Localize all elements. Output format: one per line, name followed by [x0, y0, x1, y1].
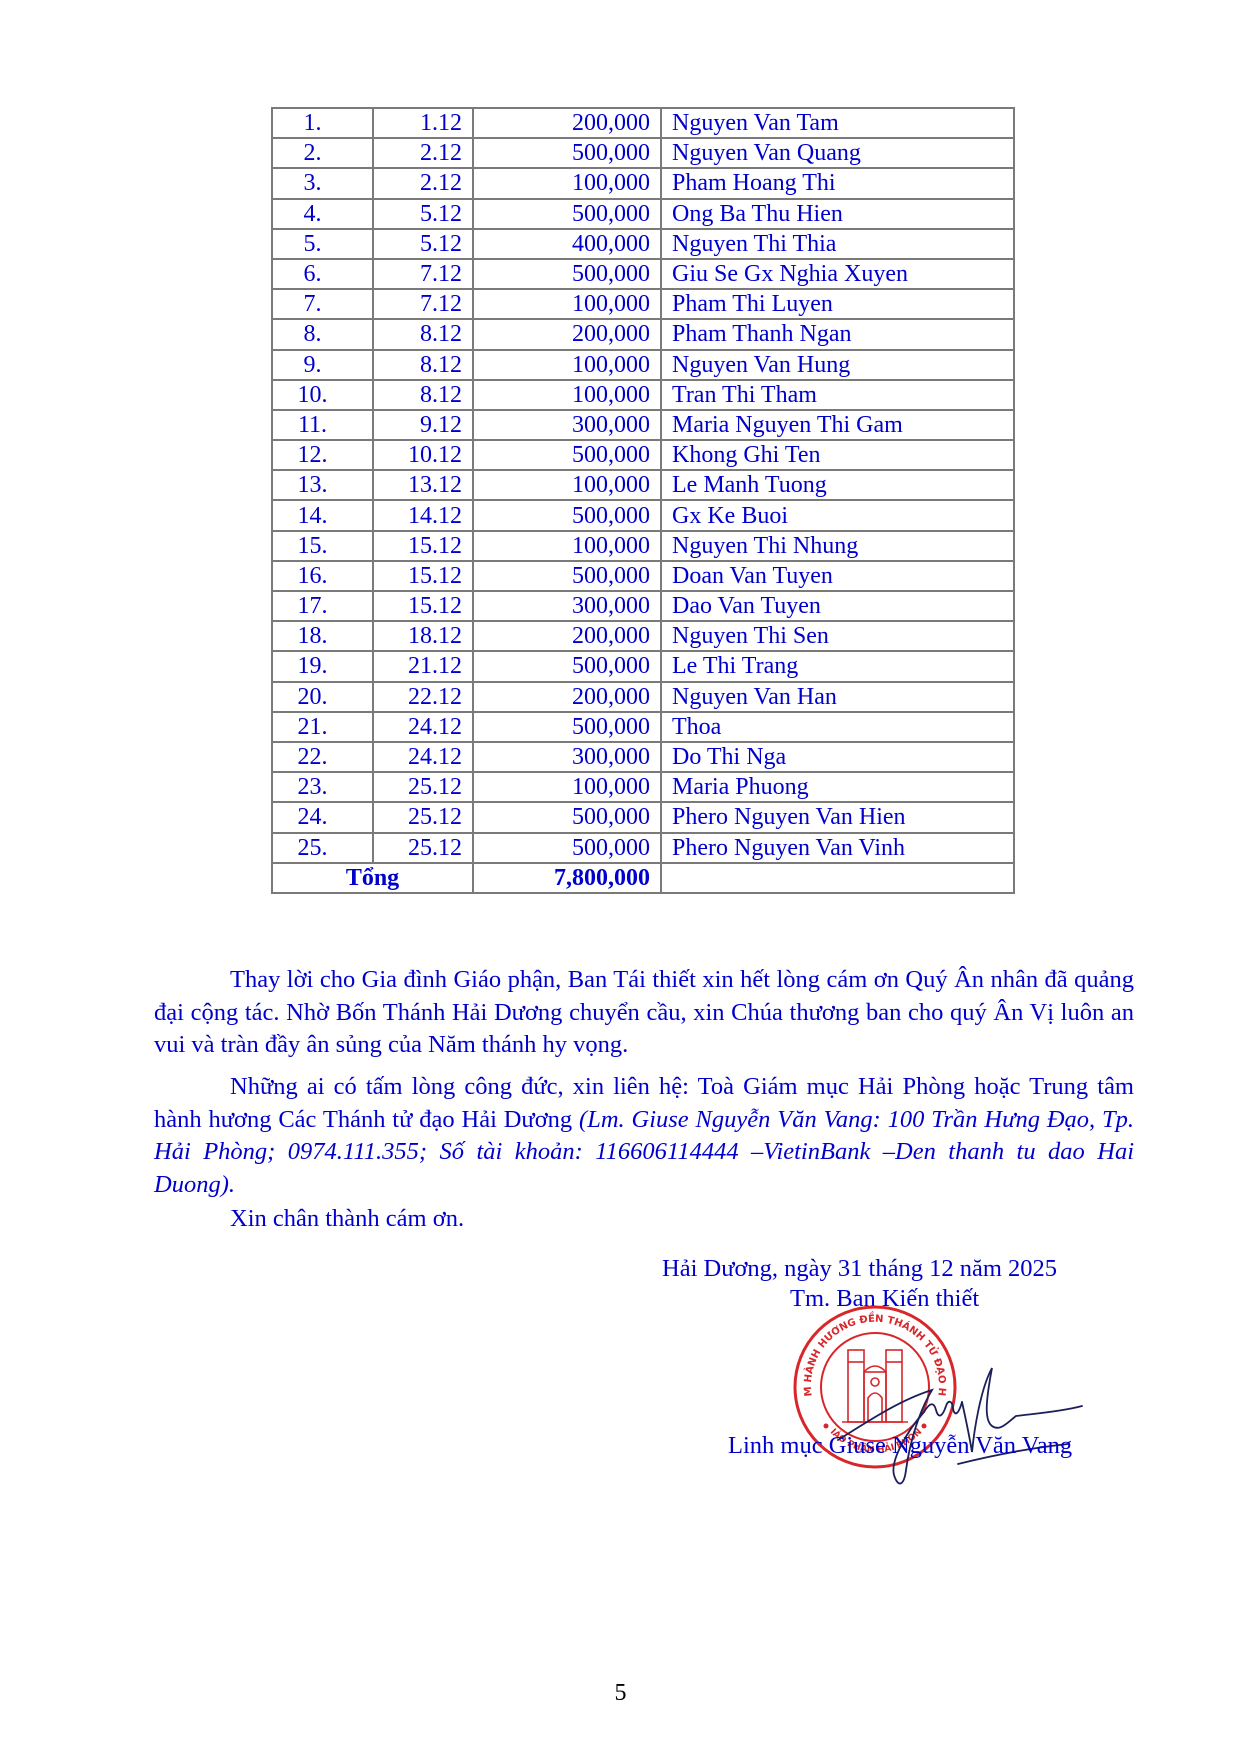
row-date: 2.12: [373, 168, 473, 198]
row-amount: 500,000: [473, 651, 661, 681]
row-donor-name: Giu Se Gx Nghia Xuyen: [661, 259, 1014, 289]
row-amount: 200,000: [473, 682, 661, 712]
table-row: 11.9.12300,000Maria Nguyen Thi Gam: [272, 410, 1014, 440]
row-date: 8.12: [373, 380, 473, 410]
table-row: 10.8.12100,000Tran Thi Tham: [272, 380, 1014, 410]
total-amount: 7,800,000: [473, 863, 661, 893]
row-number: 9.: [272, 350, 373, 380]
row-donor-name: Do Thi Nga: [661, 742, 1014, 772]
row-number: 11.: [272, 410, 373, 440]
row-number: 16.: [272, 561, 373, 591]
row-number: 8.: [272, 319, 373, 349]
table-row: 20.22.12200,000Nguyen Van Han: [272, 682, 1014, 712]
row-amount: 200,000: [473, 621, 661, 651]
row-amount: 500,000: [473, 500, 661, 530]
row-amount: 100,000: [473, 168, 661, 198]
row-donor-name: Pham Thanh Ngan: [661, 319, 1014, 349]
row-amount: 500,000: [473, 802, 661, 832]
row-donor-name: Phero Nguyen Van Vinh: [661, 833, 1014, 863]
table-row: 3.2.12100,000Pham Hoang Thi: [272, 168, 1014, 198]
row-date: 8.12: [373, 350, 473, 380]
document-page: 1.1.12200,000Nguyen Van Tam2.2.12500,000…: [0, 0, 1241, 1755]
table-row: 1.1.12200,000Nguyen Van Tam: [272, 108, 1014, 138]
row-number: 15.: [272, 531, 373, 561]
row-date: 5.12: [373, 199, 473, 229]
row-amount: 300,000: [473, 410, 661, 440]
row-date: 7.12: [373, 259, 473, 289]
row-donor-name: Tran Thi Tham: [661, 380, 1014, 410]
table-row: 6.7.12500,000Giu Se Gx Nghia Xuyen: [272, 259, 1014, 289]
row-donor-name: Le Manh Tuong: [661, 470, 1014, 500]
row-amount: 500,000: [473, 561, 661, 591]
row-number: 10.: [272, 380, 373, 410]
row-amount: 100,000: [473, 470, 661, 500]
row-amount: 500,000: [473, 138, 661, 168]
row-date: 13.12: [373, 470, 473, 500]
row-donor-name: Pham Hoang Thi: [661, 168, 1014, 198]
table-row: 25.25.12500,000Phero Nguyen Van Vinh: [272, 833, 1014, 863]
table-row: 23.25.12100,000Maria Phuong: [272, 772, 1014, 802]
row-amount: 400,000: [473, 229, 661, 259]
table-row: 18.18.12200,000Nguyen Thi Sen: [272, 621, 1014, 651]
row-donor-name: Pham Thi Luyen: [661, 289, 1014, 319]
row-amount: 200,000: [473, 319, 661, 349]
row-number: 24.: [272, 802, 373, 832]
table-row: 14.14.12500,000Gx Ke Buoi: [272, 500, 1014, 530]
total-row: Tổng 7,800,000: [272, 863, 1014, 893]
row-donor-name: Nguyen Van Tam: [661, 108, 1014, 138]
row-number: 2.: [272, 138, 373, 168]
row-donor-name: Nguyen Van Quang: [661, 138, 1014, 168]
row-date: 25.12: [373, 802, 473, 832]
row-date: 1.12: [373, 108, 473, 138]
row-number: 5.: [272, 229, 373, 259]
row-donor-name: Gx Ke Buoi: [661, 500, 1014, 530]
thanks-paragraph: Thay lời cho Gia đình Giáo phận, Ban Tái…: [154, 964, 1134, 1062]
row-date: 25.12: [373, 833, 473, 863]
row-amount: 200,000: [473, 108, 661, 138]
row-number: 21.: [272, 712, 373, 742]
row-amount: 300,000: [473, 591, 661, 621]
row-amount: 100,000: [473, 531, 661, 561]
row-number: 20.: [272, 682, 373, 712]
row-donor-name: Phero Nguyen Van Hien: [661, 802, 1014, 832]
row-donor-name: Thoa: [661, 712, 1014, 742]
row-donor-name: Nguyen Thi Thia: [661, 229, 1014, 259]
total-empty-cell: [661, 863, 1014, 893]
row-date: 15.12: [373, 561, 473, 591]
row-donor-name: Doan Van Tuyen: [661, 561, 1014, 591]
row-number: 22.: [272, 742, 373, 772]
row-number: 7.: [272, 289, 373, 319]
donation-table-body: 1.1.12200,000Nguyen Van Tam2.2.12500,000…: [272, 108, 1014, 863]
table-row: 5.5.12400,000Nguyen Thi Thia: [272, 229, 1014, 259]
row-amount: 100,000: [473, 350, 661, 380]
row-number: 19.: [272, 651, 373, 681]
row-number: 14.: [272, 500, 373, 530]
row-date: 14.12: [373, 500, 473, 530]
table-row: 9.8.12100,000Nguyen Van Hung: [272, 350, 1014, 380]
row-date: 7.12: [373, 289, 473, 319]
table-row: 21.24.12500,000Thoa: [272, 712, 1014, 742]
row-amount: 500,000: [473, 440, 661, 470]
row-date: 2.12: [373, 138, 473, 168]
row-amount: 100,000: [473, 289, 661, 319]
row-amount: 500,000: [473, 259, 661, 289]
row-number: 25.: [272, 833, 373, 863]
row-number: 4.: [272, 199, 373, 229]
contact-paragraph: Những ai có tấm lòng công đức, xin liên …: [154, 1071, 1134, 1201]
row-number: 3.: [272, 168, 373, 198]
row-amount: 100,000: [473, 772, 661, 802]
table-row: 4.5.12500,000Ong Ba Thu Hien: [272, 199, 1014, 229]
table-row: 8.8.12200,000Pham Thanh Ngan: [272, 319, 1014, 349]
table-row: 24.25.12500,000Phero Nguyen Van Hien: [272, 802, 1014, 832]
row-date: 18.12: [373, 621, 473, 651]
row-date: 8.12: [373, 319, 473, 349]
row-number: 6.: [272, 259, 373, 289]
row-date: 15.12: [373, 591, 473, 621]
row-donor-name: Nguyen Van Hung: [661, 350, 1014, 380]
row-date: 24.12: [373, 712, 473, 742]
row-number: 12.: [272, 440, 373, 470]
row-number: 23.: [272, 772, 373, 802]
row-number: 13.: [272, 470, 373, 500]
total-label: Tổng: [272, 863, 473, 893]
row-number: 17.: [272, 591, 373, 621]
row-date: 21.12: [373, 651, 473, 681]
row-donor-name: Ong Ba Thu Hien: [661, 199, 1014, 229]
table-row: 16.15.12500,000Doan Van Tuyen: [272, 561, 1014, 591]
row-amount: 100,000: [473, 380, 661, 410]
row-number: 1.: [272, 108, 373, 138]
row-date: 10.12: [373, 440, 473, 470]
row-date: 25.12: [373, 772, 473, 802]
row-donor-name: Maria Phuong: [661, 772, 1014, 802]
table-row: 15.15.12100,000Nguyen Thi Nhung: [272, 531, 1014, 561]
row-amount: 500,000: [473, 712, 661, 742]
row-donor-name: Khong Ghi Ten: [661, 440, 1014, 470]
row-donor-name: Dao Van Tuyen: [661, 591, 1014, 621]
row-donor-name: Nguyen Thi Nhung: [661, 531, 1014, 561]
donation-table: 1.1.12200,000Nguyen Van Tam2.2.12500,000…: [271, 107, 1015, 894]
signer-name: Linh mục Giuse Nguyễn Văn Vang: [728, 1432, 1072, 1460]
row-number: 18.: [272, 621, 373, 651]
row-date: 5.12: [373, 229, 473, 259]
table-row: 22.24.12300,000Do Thi Nga: [272, 742, 1014, 772]
row-donor-name: Nguyen Van Han: [661, 682, 1014, 712]
row-donor-name: Nguyen Thi Sen: [661, 621, 1014, 651]
row-date: 15.12: [373, 531, 473, 561]
signature-icon: [820, 1340, 1120, 1490]
table-row: 7.7.12100,000Pham Thi Luyen: [272, 289, 1014, 319]
closing-thanks: Xin chân thành cám ơn.: [154, 1203, 1134, 1236]
row-date: 9.12: [373, 410, 473, 440]
row-donor-name: Le Thi Trang: [661, 651, 1014, 681]
table-row: 13.13.12100,000Le Manh Tuong: [272, 470, 1014, 500]
row-donor-name: Maria Nguyen Thi Gam: [661, 410, 1014, 440]
page-number: 5: [0, 1680, 1241, 1707]
table-row: 17.15.12300,000Dao Van Tuyen: [272, 591, 1014, 621]
place-date: Hải Dương, ngày 31 tháng 12 năm 2025: [662, 1255, 1057, 1283]
table-row: 12.10.12500,000Khong Ghi Ten: [272, 440, 1014, 470]
table-row: 19.21.12500,000Le Thi Trang: [272, 651, 1014, 681]
row-amount: 300,000: [473, 742, 661, 772]
table-row: 2.2.12500,000Nguyen Van Quang: [272, 138, 1014, 168]
row-date: 24.12: [373, 742, 473, 772]
row-date: 22.12: [373, 682, 473, 712]
row-amount: 500,000: [473, 833, 661, 863]
row-amount: 500,000: [473, 199, 661, 229]
